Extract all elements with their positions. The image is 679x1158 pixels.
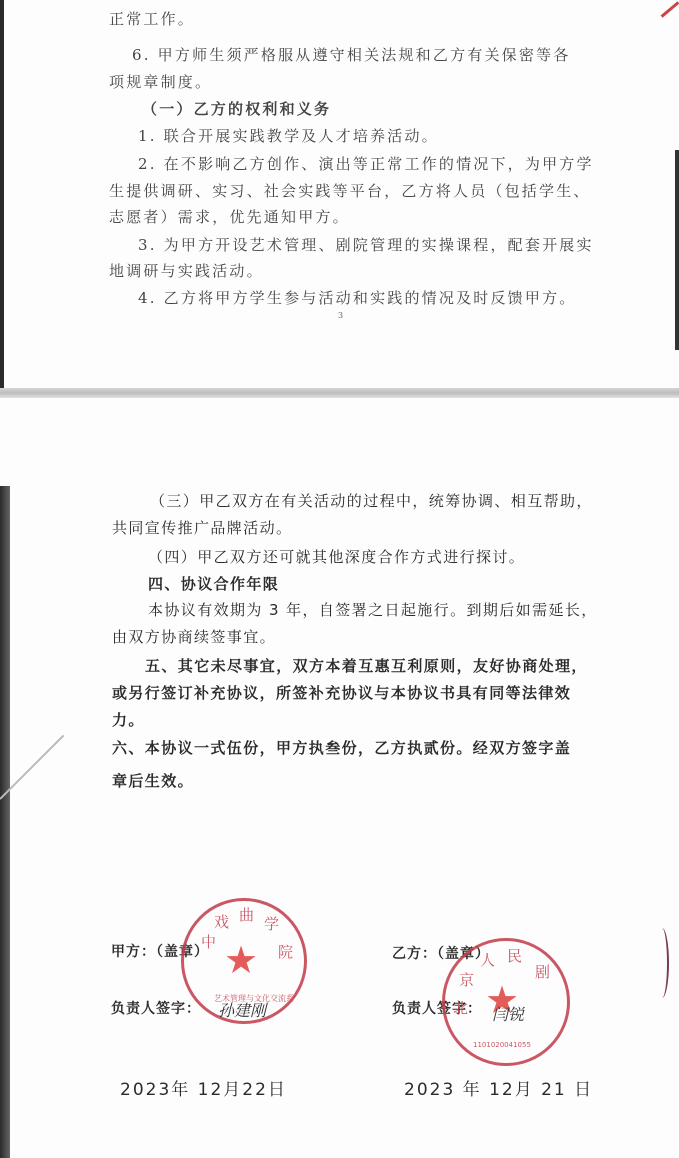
text-line: 六、本协议一式伍份，甲方执叁份，乙方执贰份。经双方签字盖 (112, 737, 571, 758)
party-a-signature: 孙建刚 (218, 998, 266, 1021)
text-line: 2. 在不影响乙方创作、演出等正常工作的情况下，为甲方学 (138, 153, 594, 174)
text-line: 或另行签订补充协议，所签补充协议与本协议书具有同等法律效 (112, 682, 571, 703)
document-page-4: （三）甲乙双方在有关活动的过程中，统筹协调、相互帮助， 共同宣传推广品牌活动。 … (0, 398, 679, 1158)
seal-char: 民 (507, 945, 522, 966)
text-line: （四）甲乙双方还可就其他深度合作方式进行探讨。 (148, 546, 525, 567)
seal-char: 北 (453, 997, 468, 1018)
page-separator (0, 388, 679, 398)
text-line: 正常工作。 (109, 8, 195, 29)
text-line: 地调研与实践活动。 (109, 260, 264, 281)
section-heading: （一）乙方的权利和义务 (142, 98, 331, 119)
party-b-signature: 闫锐 (492, 1002, 524, 1025)
document-page-3: 正常工作。 6. 甲方师生须严格服从遵守相关法规和乙方有关保密等各 项规章制度。… (0, 0, 679, 388)
text-line: 生提供调研、实习、社会实践等平台，乙方将人员（包括学生、 (109, 180, 591, 201)
text-line: 6. 甲方师生须严格服从遵守相关法规和乙方有关保密等各 (132, 44, 570, 65)
party-b-date: 2023 年 12月 21 日 (404, 1075, 593, 1100)
text-line: 项规章制度。 (109, 71, 212, 92)
seal-char: 京 (459, 969, 474, 990)
seal-char: 曲 (239, 904, 254, 925)
party-a-date: 2023年 12月22日 (120, 1075, 287, 1100)
seal-char: 中 (201, 931, 216, 952)
text-line: 五、其它未尽事宜，双方本着互惠互利原则，友好协商处理， (145, 655, 588, 676)
seal-char: 院 (278, 941, 293, 962)
text-line: 由双方协商续签事宜。 (112, 626, 276, 647)
text-line: 章后生效。 (112, 770, 194, 791)
text-line: （三）甲乙双方在有关活动的过程中，统筹协调、相互帮助， (150, 490, 593, 511)
text-line: 志愿者）需求，优先通知甲方。 (109, 206, 350, 227)
seal-char: 学 (264, 913, 279, 934)
text-line: 4. 乙方将甲方学生参与活动和实践的情况及时反馈甲方。 (138, 287, 576, 308)
page-edge-shadow (675, 150, 679, 350)
section-heading: 四、协议合作年限 (148, 573, 279, 594)
page-number: 3 (338, 311, 343, 320)
red-pen-mark (661, 1, 679, 17)
text-line: 本协议有效期为 3 年，自签署之日起施行。到期后如需延长， (148, 599, 598, 620)
text-line: 1. 联合开展实践教学及人才培养活动。 (138, 125, 439, 146)
text-line: 共同宣传推广品牌活动。 (112, 517, 292, 538)
text-line: 力。 (112, 709, 145, 730)
seal-number: 1101020041055 (473, 1041, 531, 1049)
seal-star-icon: ★ (224, 941, 258, 979)
party-a-signer-label: 负责人签字： (111, 998, 201, 1018)
partial-seal-edge (655, 928, 669, 998)
seal-char: 人 (480, 949, 495, 970)
seal-char: 剧 (535, 961, 550, 982)
page-edge-shadow (0, 486, 10, 1158)
text-line: 3. 为甲方开设艺术管理、剧院管理的实操课程，配套开展实 (138, 234, 594, 255)
seal-char: 戏 (214, 911, 229, 932)
